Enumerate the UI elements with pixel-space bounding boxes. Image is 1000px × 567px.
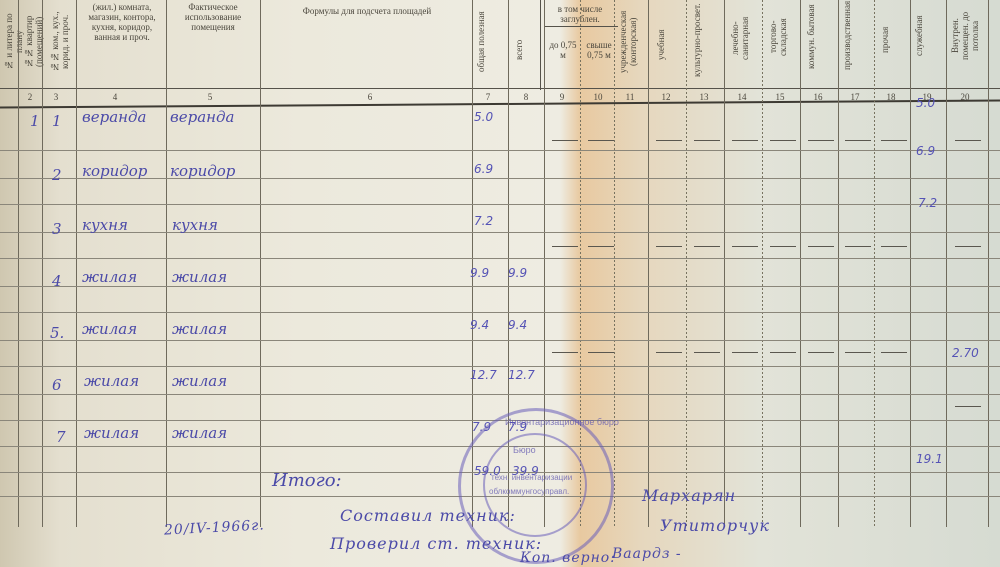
row-line: [0, 258, 1000, 259]
service-area: 7.2: [918, 196, 937, 210]
dash: [881, 352, 907, 353]
header-col4: (жил.) комната, магазин, контора, кухня,…: [80, 2, 164, 42]
grid-line: [874, 0, 875, 527]
dash: [808, 246, 834, 247]
service-area: 6.9: [916, 144, 935, 158]
checked-signature: Утиторчук: [660, 516, 770, 535]
grid-line: [686, 0, 687, 527]
header-thick-rule: [0, 100, 1000, 109]
dash: [588, 140, 614, 141]
checked-label: Проверил ст. техник:: [330, 534, 542, 553]
header-col3: №№ ком., кух., корид. и проч.: [50, 2, 74, 82]
grid-line: [838, 0, 839, 527]
colnum-3: 3: [46, 92, 66, 102]
dash: [808, 352, 834, 353]
living-area: 9.4: [508, 318, 527, 332]
room-number: 6: [52, 376, 62, 394]
grid-line: [614, 0, 615, 527]
room-number: 7: [56, 428, 66, 446]
room-number: 4: [52, 272, 62, 290]
header-col7: общая полезная: [476, 2, 496, 82]
header-col16: коммун. бытовая: [806, 2, 830, 72]
row-line: [0, 366, 1000, 367]
header-col2: №№ квартир (помещений): [24, 2, 38, 82]
dash: [881, 140, 907, 141]
header-col14: лечебно-санитарная: [730, 2, 754, 74]
stamp-ring-text: Инвентаризационное бюро: [505, 417, 619, 427]
colnum-8: 8: [516, 92, 536, 102]
dash: [808, 140, 834, 141]
header-col18: прочая: [880, 10, 900, 70]
grid-line: [648, 0, 649, 527]
dash: [732, 140, 758, 141]
total-area: 9.9: [470, 266, 489, 280]
header-col1: № и литера по плану: [4, 2, 18, 82]
dash: [656, 352, 682, 353]
total-area: 12.7: [470, 368, 497, 382]
totals-label: Итого:: [272, 470, 342, 491]
dash: [770, 246, 796, 247]
room-number: 5.: [50, 324, 64, 342]
dash: [732, 246, 758, 247]
room-purpose: жилая: [82, 268, 137, 286]
header-col5: Фактическое использование помещения: [168, 2, 258, 32]
dash: [656, 140, 682, 141]
colnum-6: 6: [360, 92, 380, 102]
row-line: [0, 232, 1000, 233]
room-actual-use: жилая: [172, 372, 227, 390]
room-number: 1: [52, 112, 62, 130]
dash: [552, 246, 578, 247]
compiled-label: Составил техник:: [340, 506, 516, 525]
room-number: 2: [52, 166, 62, 184]
living-area: 12.7: [508, 368, 535, 382]
grid-line: [762, 0, 763, 527]
header-bottom-rule: [0, 88, 1000, 89]
dash: [732, 352, 758, 353]
colnum-7: 7: [478, 92, 498, 102]
header-col17: производственная: [842, 2, 866, 70]
room-purpose: веранда: [82, 108, 146, 126]
copy-signature: Ваардз -: [612, 546, 682, 562]
totals-service-area: 19.1: [916, 452, 943, 466]
stamp-line2: техн. инвентаризации: [491, 473, 572, 482]
dash: [588, 246, 614, 247]
dash: [552, 352, 578, 353]
dash: [845, 352, 871, 353]
colnum-4: 4: [105, 92, 125, 102]
header-col12: учебная: [656, 10, 676, 80]
header-divider-vertical: [540, 0, 541, 90]
dash: [955, 406, 981, 407]
dash: [881, 246, 907, 247]
header-col8: всего: [514, 20, 534, 80]
room-number: 3: [52, 220, 62, 238]
dash: [845, 246, 871, 247]
room-actual-use: кухня: [172, 216, 218, 234]
dash: [694, 140, 720, 141]
colnum-13: 13: [694, 92, 714, 102]
grid-line: [724, 0, 725, 527]
colnum-9: 9: [552, 92, 572, 102]
header-col13: культурно-просвет.: [692, 2, 716, 78]
colnum-2: 2: [20, 92, 40, 102]
header-col9: до 0,75 м: [546, 40, 580, 60]
header-group-divider: [544, 26, 618, 27]
row-line: [0, 178, 1000, 179]
grid-line: [946, 0, 947, 527]
dash: [694, 352, 720, 353]
grid-line: [910, 0, 911, 527]
grid-line: [988, 0, 989, 527]
grid-line: [42, 0, 43, 527]
row-line: [0, 150, 1000, 151]
living-area: 9.9: [508, 266, 527, 280]
dash: [552, 140, 578, 141]
dash: [588, 352, 614, 353]
ceiling-height: 2.70: [952, 346, 979, 360]
grid-line: [166, 0, 167, 527]
room-actual-use: коридор: [170, 162, 235, 180]
room-purpose: коридор: [82, 162, 147, 180]
service-area: 5.0: [916, 96, 935, 110]
document-page: № и литера по плану №№ квартир (помещени…: [0, 0, 1000, 567]
grid-line: [18, 0, 19, 527]
row-line: [0, 340, 1000, 341]
colnum-5: 5: [200, 92, 220, 102]
dash: [955, 246, 981, 247]
dash: [955, 140, 981, 141]
total-area: 6.9: [474, 162, 493, 176]
colnum-12: 12: [656, 92, 676, 102]
header-col10: свыше 0,75 м: [582, 40, 616, 60]
dash: [845, 140, 871, 141]
room-purpose: жилая: [84, 372, 139, 390]
dash: [770, 352, 796, 353]
total-area: 9.4: [470, 318, 489, 332]
total-area: 5.0: [474, 110, 493, 124]
row-line: [0, 394, 1000, 395]
grid-line: [260, 0, 261, 527]
colnum-10: 10: [588, 92, 608, 102]
row-line: [0, 204, 1000, 205]
stamp-line1: Бюро: [513, 445, 536, 455]
room-purpose: жилая: [84, 424, 139, 442]
header-col11: учрежденческая (конторская): [618, 2, 644, 82]
header-col15: торгово-складская: [768, 2, 792, 72]
total-area: 7.2: [474, 214, 493, 228]
room-actual-use: жилая: [172, 424, 227, 442]
room-actual-use: веранда: [170, 108, 234, 126]
room-purpose: жилая: [82, 320, 137, 338]
header-col20: Внутрен. помещен. до потолка: [950, 2, 986, 70]
grid-line: [800, 0, 801, 527]
dash: [694, 246, 720, 247]
compiled-signature: Мархарян: [642, 486, 736, 505]
stamp-line3: облкоммунгосуправл.: [489, 487, 569, 496]
header-col19: служебная: [914, 2, 934, 70]
row-line: [0, 312, 1000, 313]
room-purpose: кухня: [82, 216, 128, 234]
dash: [770, 140, 796, 141]
dash: [656, 246, 682, 247]
copy-label: Коп. верно:: [520, 550, 616, 566]
room-actual-use: жилая: [172, 320, 227, 338]
document-date: 20/IV-1966г.: [164, 517, 265, 538]
room-actual-use: жилая: [172, 268, 227, 286]
apt-number: 1: [30, 112, 40, 130]
header-col6: Формулы для подсчета площадей: [262, 6, 472, 16]
colnum-11: 11: [620, 92, 640, 102]
grid-line: [76, 0, 77, 527]
row-line: [0, 286, 1000, 287]
